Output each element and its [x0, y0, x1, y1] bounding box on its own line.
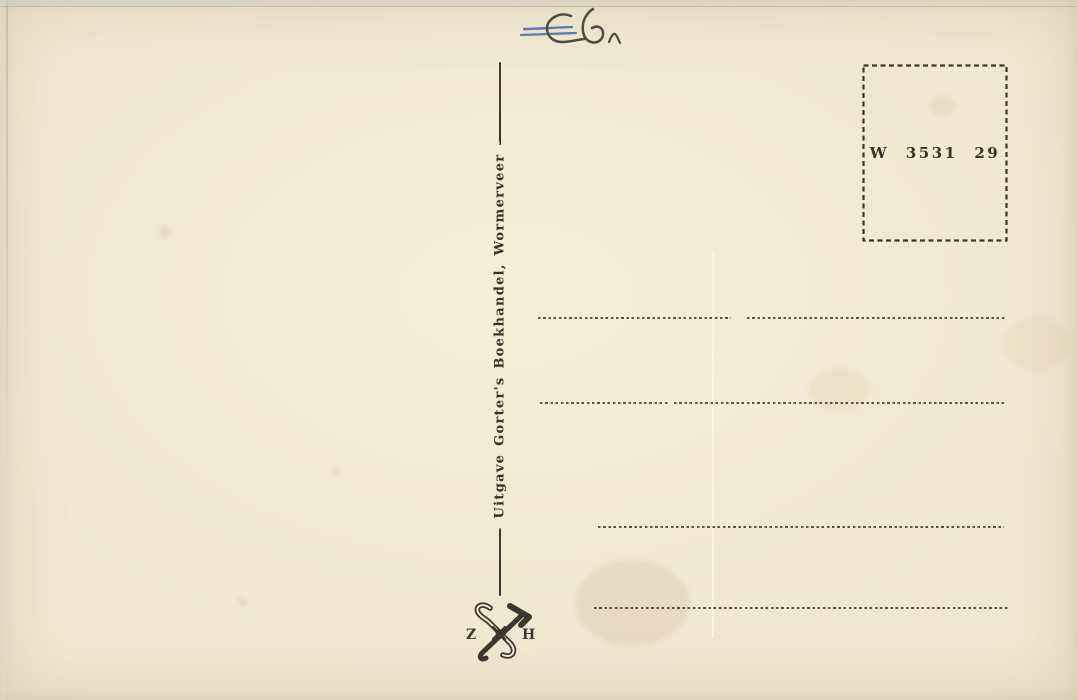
postcard-back: — Uitgave Gorter's Boekhandel, Wormervee…	[0, 0, 1077, 700]
publisher-imprint: — Uitgave Gorter's Boekhandel, Wormervee…	[489, 144, 511, 528]
address-line-4	[594, 607, 1008, 609]
address-line-1-left	[538, 317, 731, 319]
stain-spot	[1002, 318, 1072, 370]
printer-mark-letter-h: H	[522, 627, 535, 643]
stamp-box-code: W 3531 29	[862, 64, 1008, 242]
divider-rule-top	[499, 62, 501, 142]
stain-spot	[575, 560, 690, 645]
stain-spot	[160, 228, 170, 236]
paper-left-edge-line	[6, 0, 8, 490]
stamp-box: W 3531 29	[862, 64, 1008, 242]
comma-flourish	[609, 34, 620, 43]
address-line-1-right	[747, 317, 1006, 319]
stain-spot	[238, 598, 247, 606]
address-line-2-left	[540, 402, 669, 404]
stain-spot	[332, 468, 340, 475]
printer-mark-icon: Z H	[463, 596, 543, 666]
publisher-imprint-text: — Uitgave Gorter's Boekhandel, Wormervee…	[493, 131, 508, 540]
six-glyph	[583, 9, 603, 42]
handwritten-price	[513, 2, 633, 56]
printer-mark-letter-z: Z	[466, 627, 476, 643]
divider-rule-bottom	[499, 529, 501, 596]
address-line-3	[598, 526, 1004, 528]
vertical-crease-line	[712, 252, 714, 638]
address-line-2-right	[674, 402, 1007, 404]
